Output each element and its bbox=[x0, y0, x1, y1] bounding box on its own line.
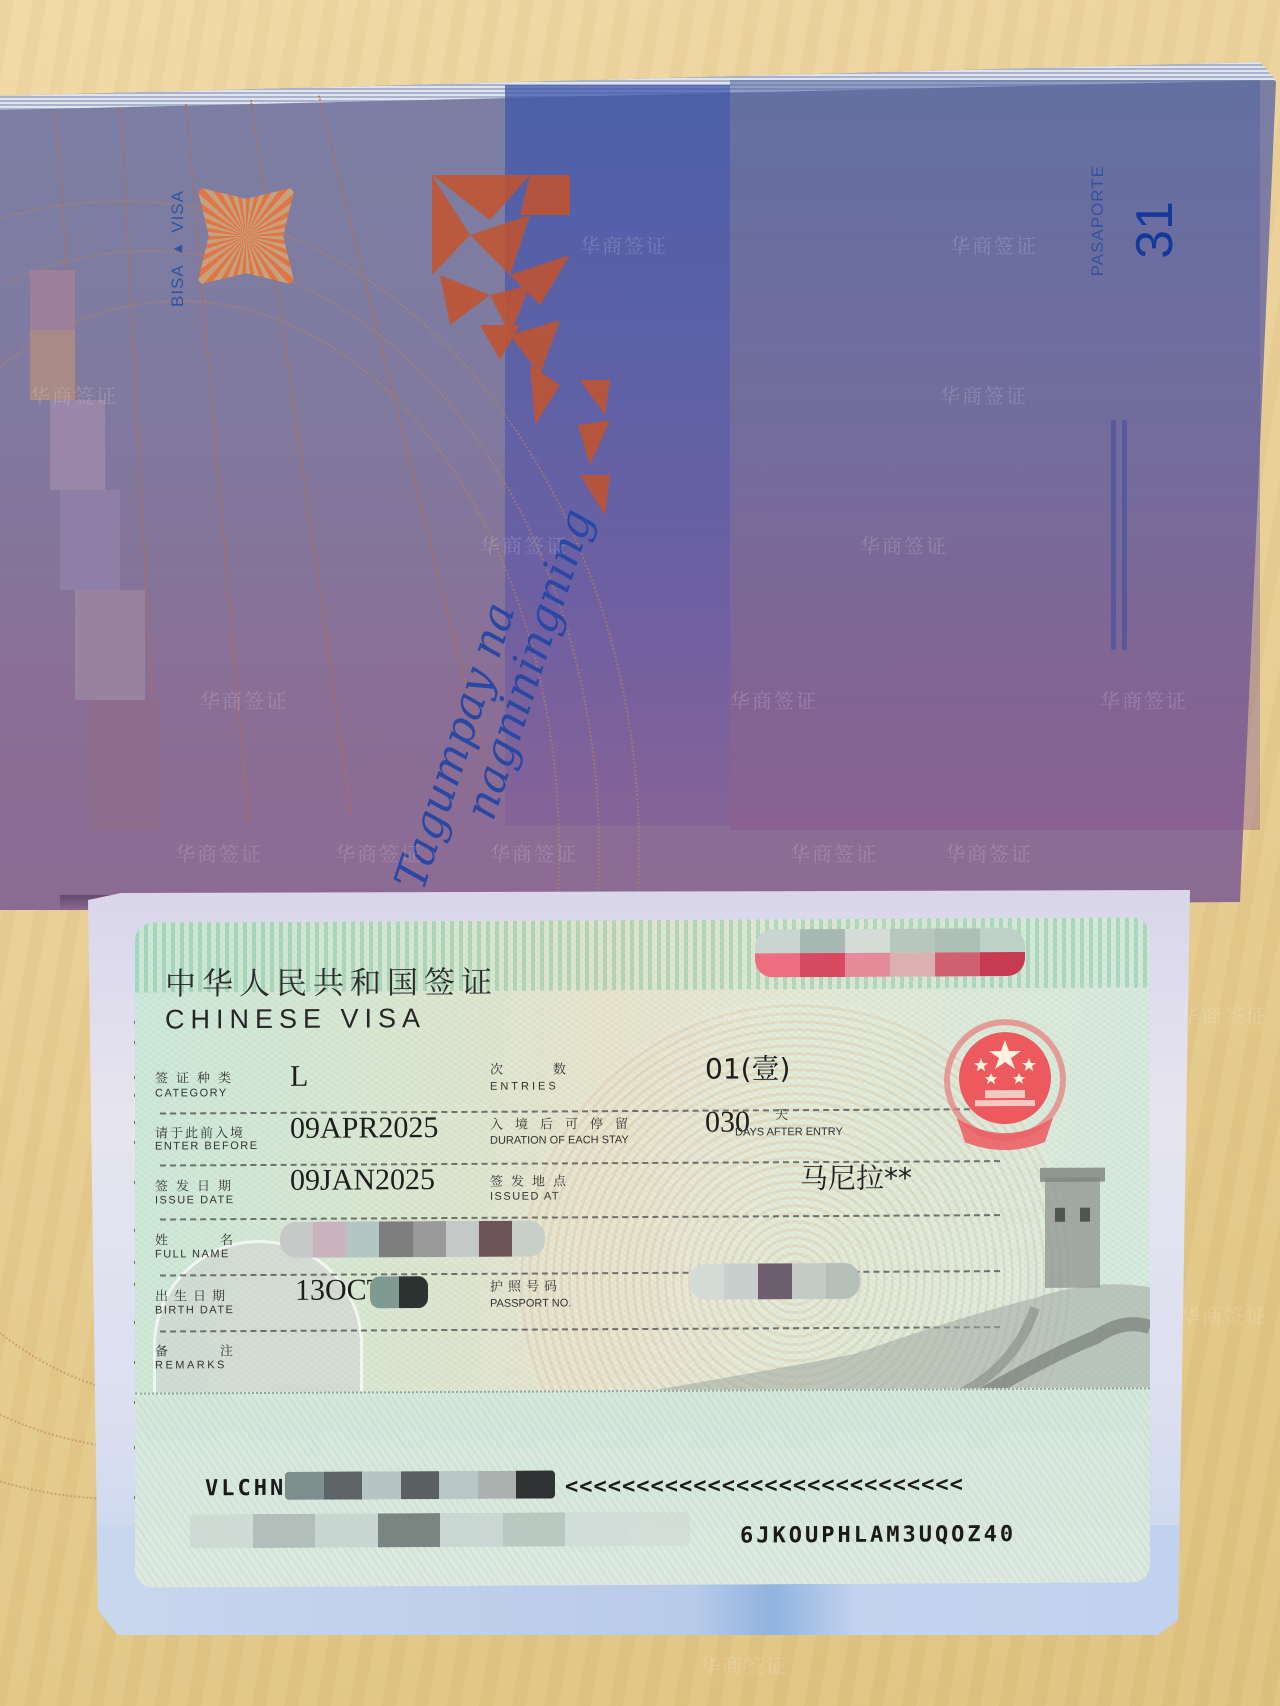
issued-at-label-cn: 签发地点 bbox=[490, 1170, 574, 1189]
page-number: 31 bbox=[1125, 201, 1185, 259]
enter-before-value: 09APR2025 bbox=[290, 1111, 438, 1146]
redacted-full-name bbox=[280, 1221, 545, 1258]
full-name-label-cn: 姓名 bbox=[155, 1229, 285, 1249]
full-name-label-en: FULL NAME bbox=[155, 1248, 230, 1260]
duration-label-en: DURATION OF EACH STAY bbox=[490, 1134, 629, 1147]
micro-text-lines bbox=[1105, 420, 1135, 650]
remarks-label-cn: 备注 bbox=[155, 1340, 285, 1360]
visa-title-cn: 中华人民共和国签证 bbox=[165, 957, 498, 1004]
security-pattern-icon bbox=[197, 187, 295, 285]
mrz-line-1-prefix: VLCHN bbox=[205, 1476, 286, 1501]
passport-page-label: PASAPORTE bbox=[1088, 165, 1108, 276]
mrz-line-2-suffix: 6JKOUPHLAM3UQOZ40 bbox=[740, 1522, 1016, 1548]
mrz-line-1-filler: <<<<<<<<<<<<<<<<<<<<<<<<<<<< bbox=[565, 1472, 964, 1499]
duration-unit-en: DAYS AFTER ENTRY bbox=[735, 1126, 843, 1139]
enter-before-label-en: ENTER BEFORE bbox=[155, 1140, 259, 1153]
birth-date-label-en: BIRTH DATE bbox=[155, 1304, 234, 1316]
duration-label-cn: 入境后可停留 bbox=[490, 1113, 640, 1133]
passport-no-label-cn: 护照号码 bbox=[490, 1275, 562, 1294]
category-label-cn: 签证种类 bbox=[155, 1067, 239, 1086]
redacted-mrz-name bbox=[285, 1470, 555, 1499]
issue-date-label-en: ISSUE DATE bbox=[155, 1194, 235, 1206]
passport-no-label-en: PASSPORT NO. bbox=[490, 1297, 571, 1309]
enter-before-label-cn: 请于此前入境 bbox=[155, 1122, 245, 1141]
visa-sticker: 中华人民共和国签证 CHINESE VISA 签证种类 CATEGORY L 次… bbox=[135, 917, 1150, 1587]
entries-label-en: ENTRIES bbox=[490, 1080, 559, 1092]
issue-date-value: 09JAN2025 bbox=[290, 1163, 435, 1198]
great-wall-illustration bbox=[655, 1137, 1150, 1400]
duration-unit-cn: 天 bbox=[775, 1104, 796, 1123]
entries-label-cn: 次数 bbox=[490, 1058, 616, 1078]
category-label-en: CATEGORY bbox=[155, 1087, 228, 1099]
visa-title-en: CHINESE VISA bbox=[165, 1003, 426, 1035]
visa-page-label: BISA ▸ VISA bbox=[168, 190, 188, 307]
redacted-region bbox=[30, 270, 165, 830]
machine-readable-zone: VLCHN <<<<<<<<<<<<<<<<<<<<<<<<<<<< 6JKOU… bbox=[135, 1387, 1150, 1587]
geometric-pattern bbox=[430, 175, 630, 555]
redacted-birth-year bbox=[370, 1276, 428, 1308]
birth-date-label-cn: 出生日期 bbox=[155, 1285, 231, 1304]
entries-value: 01(壹) bbox=[705, 1047, 790, 1087]
category-value: L bbox=[290, 1060, 308, 1094]
redacted-serial-number bbox=[755, 928, 1025, 977]
redacted-mrz-line-2 bbox=[190, 1512, 690, 1549]
issued-at-label-en: ISSUED AT bbox=[490, 1190, 560, 1202]
issue-date-label-cn: 签发日期 bbox=[155, 1175, 239, 1194]
remarks-label-en: REMARKS bbox=[155, 1359, 227, 1371]
landscape-panel bbox=[730, 80, 1260, 830]
